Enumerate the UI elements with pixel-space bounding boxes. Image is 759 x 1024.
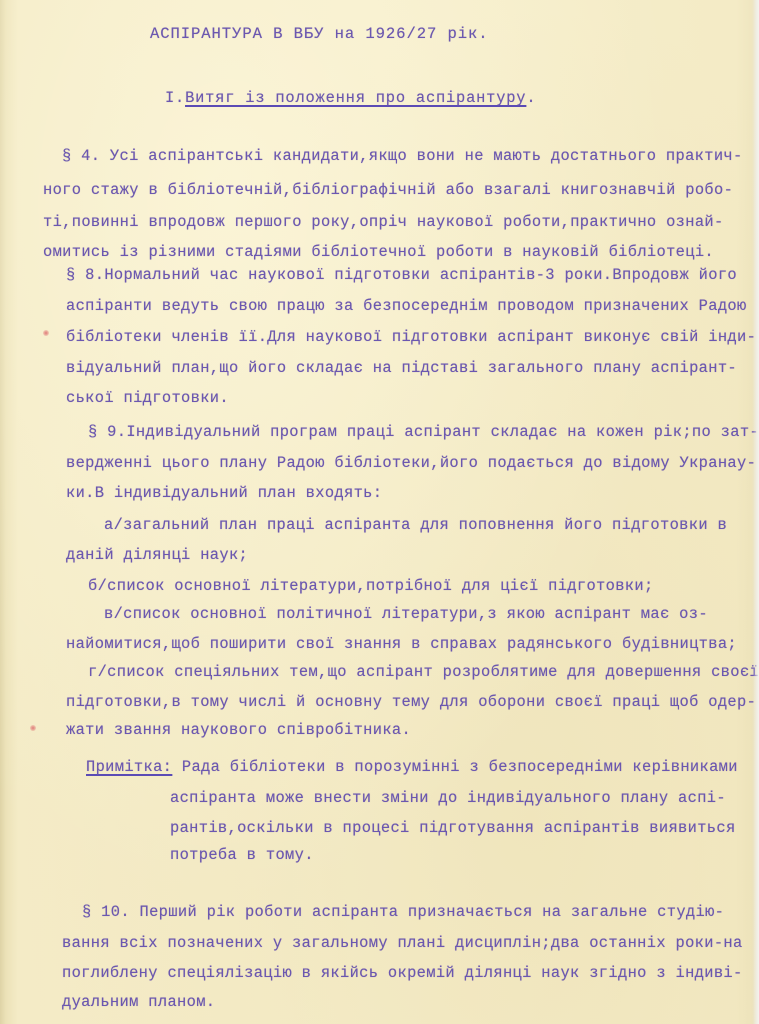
section-heading: I.Витяг із положення про аспірантуру. (165, 88, 536, 108)
list-item-v-line: найомитися,щоб поширити свої знання в сп… (66, 634, 737, 654)
list-item-g-line: жати звання наукового співробітника. (66, 720, 411, 740)
paragraph-9-line: ки.В індивідуальний план входять: (66, 483, 382, 503)
note-line: аспіранта може внести зміни до індивідуа… (170, 788, 726, 808)
section-heading-period: . (526, 89, 536, 107)
paragraph-8-line: аспіранти ведуть свою працю за безпосере… (66, 296, 747, 316)
paragraph-8-line: § 8.Нормальний час наукової підготовки а… (66, 265, 737, 285)
paragraph-10-line: поглиблену спеціялізацію в якійсь окремі… (62, 963, 743, 983)
paragraph-4-line: § 4. Усі аспірантські кандидати,якщо вон… (62, 146, 743, 166)
list-item-a-line: а/загальний план праці аспіранта для поп… (104, 515, 727, 535)
note-first-line: Примітка: Рада бібліотеки в порозумінні … (86, 757, 738, 777)
paragraph-4-line: омитись із різними стадіями бібліотечної… (43, 242, 714, 262)
paragraph-10-line: § 10. Перший рік роботи аспіранта призна… (82, 902, 724, 922)
list-item-a-line: даній ділянці наук; (66, 545, 248, 565)
paragraph-4-line: ті,повинні впродовж першого року,опріч н… (43, 212, 724, 232)
list-item-b-line: б/список основної літератури,потрібної д… (88, 576, 654, 596)
red-margin-mark (43, 330, 49, 336)
section-number: I. (165, 89, 185, 107)
red-margin-mark (30, 725, 36, 731)
paragraph-8-line: відуальний план,що його складає на підст… (66, 358, 737, 378)
list-item-g-line: г/список спеціяльних тем,що аспірант роз… (88, 662, 759, 682)
paragraph-8-line: ської підготовки. (66, 388, 229, 408)
note-label: Примітка: (86, 758, 172, 776)
list-item-g-line: підготовки,в тому числі й основну тему д… (66, 692, 756, 712)
document-title: АСПІРАНТУРА В ВБУ на 1926/27 рік. (150, 24, 489, 44)
note-text: Рада бібліотеки в порозумінні з безпосер… (172, 758, 738, 776)
note-line: потреба в тому. (170, 845, 314, 865)
paragraph-9-line: § 9.Індивідуальний програм праці аспіран… (88, 422, 759, 442)
paragraph-4-line: ного стажу в бібліотечній,бібліографічні… (43, 180, 733, 200)
note-line: рантів,оскільки в процесі підготування а… (170, 818, 736, 838)
paragraph-9-line: вердженні цього плану Радою бібліотеки,й… (66, 453, 756, 473)
section-heading-text: Витяг із положення про аспірантуру (185, 89, 526, 107)
paragraph-8-line: бібліотеки членів її.Для наукової підгот… (66, 327, 756, 347)
list-item-v-line: в/список основної політичної літератури,… (104, 604, 708, 624)
paragraph-10-line: дуальним планом. (62, 992, 215, 1012)
paragraph-10-line: вання всіх позначених у загальному плані… (62, 933, 743, 953)
typewritten-document-page: АСПІРАНТУРА В ВБУ на 1926/27 рік. I.Витя… (0, 0, 759, 1024)
